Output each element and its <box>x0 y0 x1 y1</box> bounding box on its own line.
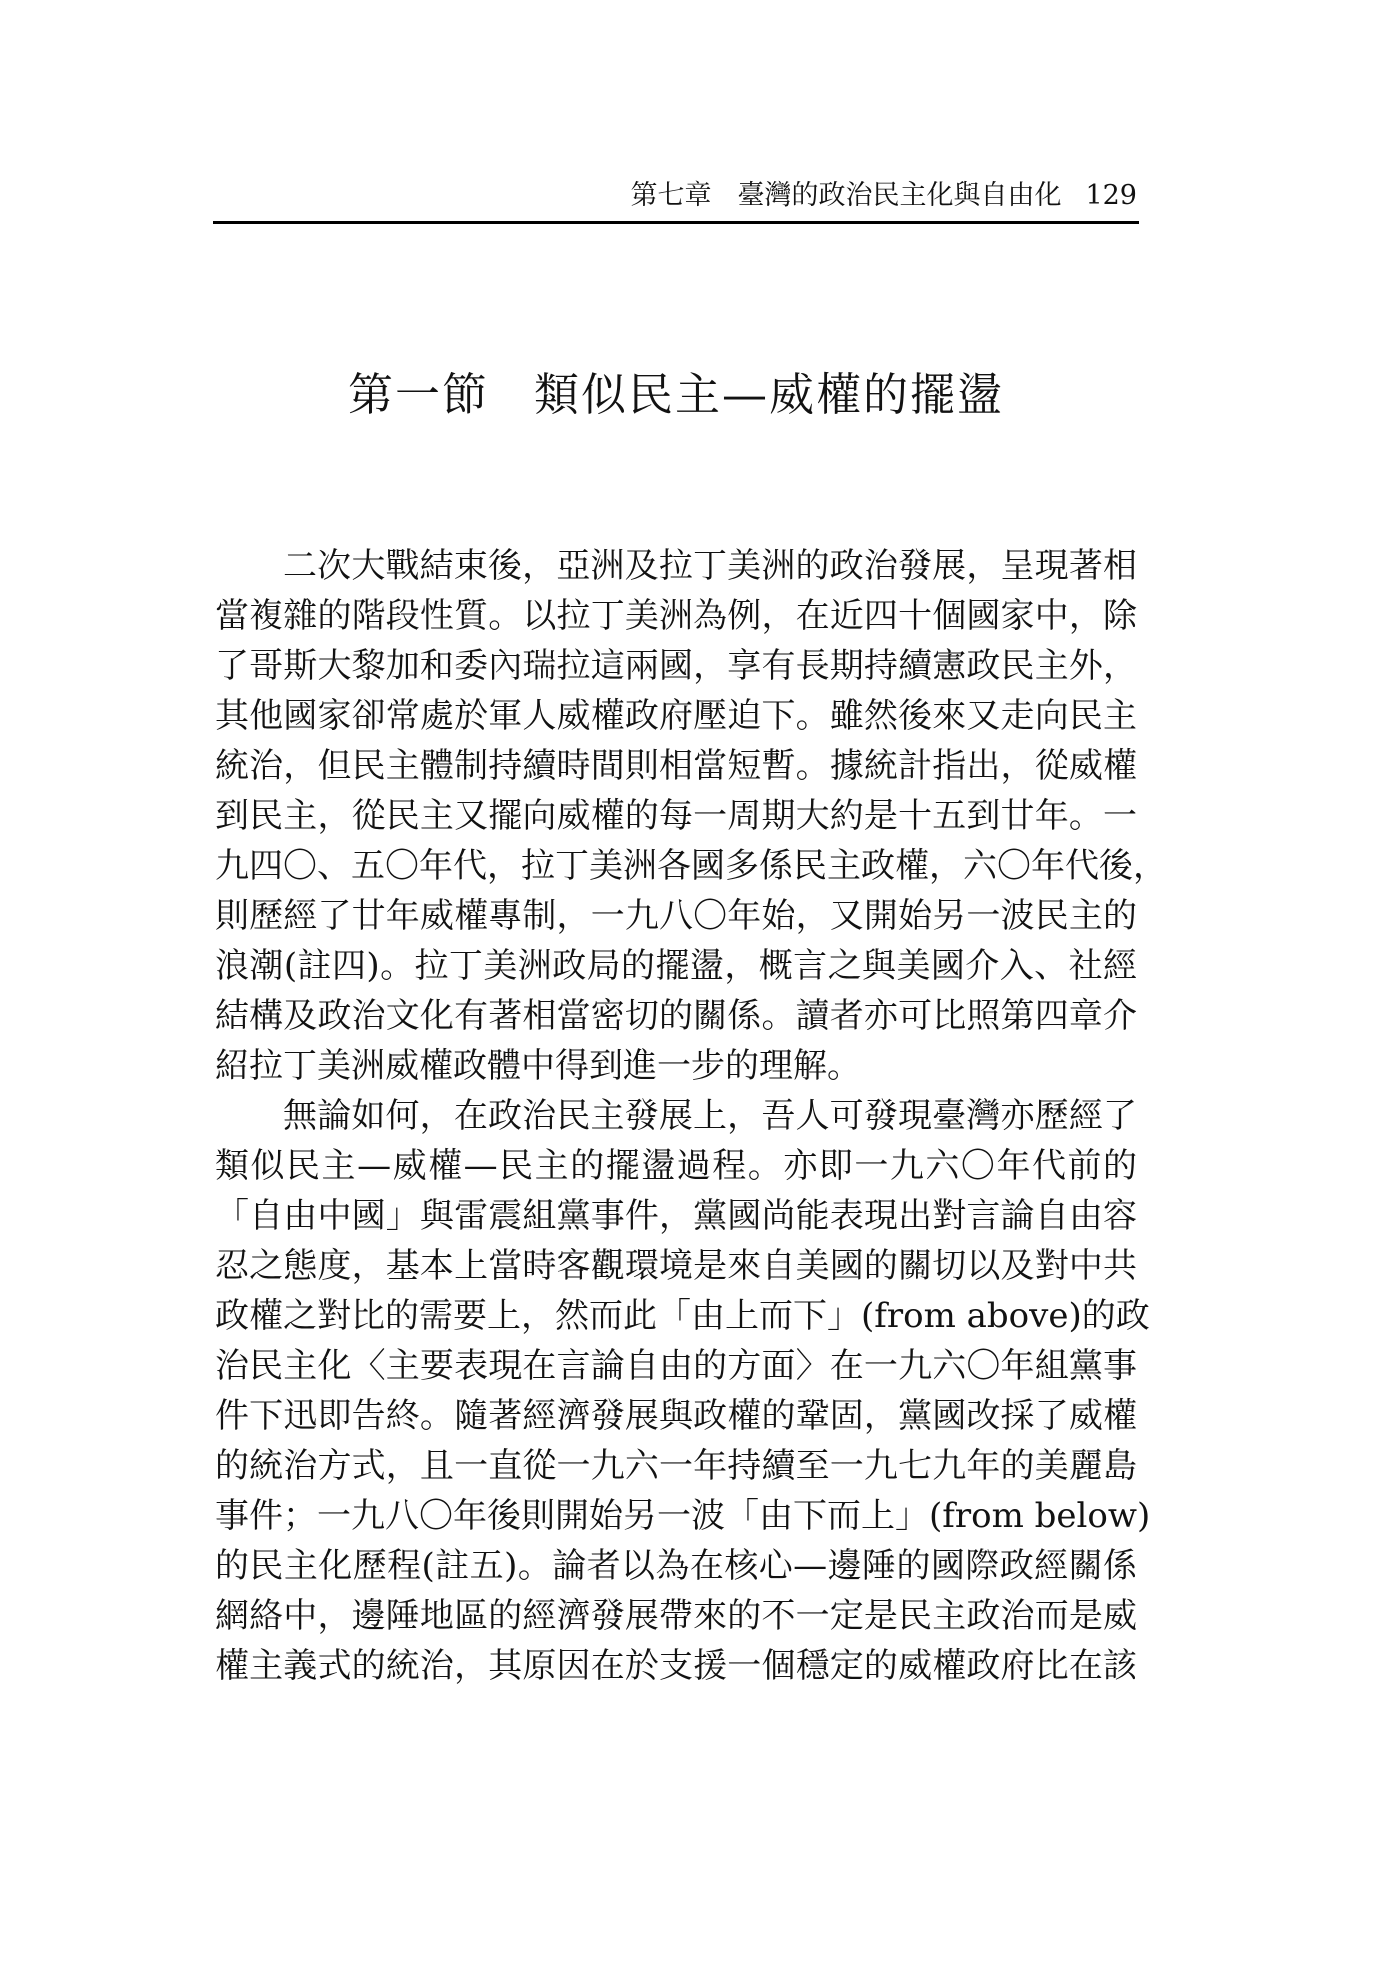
text-line: 當複雜的階段性質。以拉丁美洲為例，在近四十個國家中，除 <box>215 591 1137 641</box>
text-line: 其他國家卻常處於軍人威權政府壓迫下。雖然後來又走向民主 <box>215 691 1137 741</box>
section-number: 第一節 <box>348 368 489 421</box>
paragraph-2: 無論如何，在政治民主發展上，吾人可發現臺灣亦歷經了 類似民主—威權—民主的擺盪過… <box>215 1091 1137 1691</box>
chapter-title: 臺灣的政治民主化與自由化 <box>737 180 1061 211</box>
text-line: 九四〇、五〇年代，拉丁美洲各國多係民主政權，六〇年代後， <box>215 841 1137 891</box>
text-line: 統治，但民主體制持續時間則相當短暫。據統計指出，從威權 <box>215 741 1137 791</box>
running-head: 第七章臺灣的政治民主化與自由化129 <box>215 180 1137 212</box>
chapter-label: 第七章 <box>630 180 711 211</box>
text-line: 浪潮(註四)。拉丁美洲政局的擺盪，概言之與美國介入、社經 <box>215 941 1137 991</box>
text-line: 「自由中國」與雷震組黨事件，黨國尚能表現出對言論自由容 <box>215 1191 1137 1241</box>
text-line: 紹拉丁美洲威權政體中得到進一步的理解。 <box>215 1041 1137 1091</box>
page-number: 129 <box>1085 180 1137 211</box>
text-line: 到民主，從民主又擺向威權的每一周期大約是十五到廿年。一 <box>215 791 1137 841</box>
text-line: 二次大戰結束後，亞洲及拉丁美洲的政治發展，呈現著相 <box>215 541 1137 591</box>
section-title: 第一節類似民主—威權的擺盪 <box>215 370 1137 420</box>
body-text: 二次大戰結束後，亞洲及拉丁美洲的政治發展，呈現著相 當複雜的階段性質。以拉丁美洲… <box>215 541 1137 1691</box>
text-line: 權主義式的統治，其原因在於支援一個穩定的威權政府比在該 <box>215 1641 1137 1691</box>
text-line: 的民主化歷程(註五)。論者以為在核心—邊陲的國際政經關係 <box>215 1541 1137 1591</box>
text-line: 結構及政治文化有著相當密切的關係。讀者亦可比照第四章介 <box>215 991 1137 1041</box>
paragraph-1: 二次大戰結束後，亞洲及拉丁美洲的政治發展，呈現著相 當複雜的階段性質。以拉丁美洲… <box>215 541 1137 1091</box>
text-line: 忍之態度，基本上當時客觀環境是來自美國的關切以及對中共 <box>215 1241 1137 1291</box>
text-line: 事件；一九八〇年後則開始另一波「由下而上」(from below) <box>215 1491 1137 1541</box>
text-line: 的統治方式，且一直從一九六一年持續至一九七九年的美麗島 <box>215 1441 1137 1491</box>
text-line: 則歷經了廿年威權專制，一九八〇年始，又開始另一波民主的 <box>215 891 1137 941</box>
text-line: 無論如何，在政治民主發展上，吾人可發現臺灣亦歷經了 <box>215 1091 1137 1141</box>
book-page: 第七章臺灣的政治民主化與自由化129 第一節類似民主—威權的擺盪 二次大戰結束後… <box>0 0 1386 1969</box>
text-line: 治民主化〈主要表現在言論自由的方面〉在一九六〇年組黨事 <box>215 1341 1137 1391</box>
text-line: 網絡中，邊陲地區的經濟發展帶來的不一定是民主政治而是威 <box>215 1591 1137 1641</box>
section-title-text: 類似民主—威權的擺盪 <box>534 368 1004 421</box>
header-rule <box>213 221 1139 224</box>
text-line: 類似民主—威權—民主的擺盪過程。亦即一九六〇年代前的 <box>215 1141 1137 1191</box>
text-line: 了哥斯大黎加和委內瑞拉這兩國，享有長期持續憲政民主外， <box>215 641 1137 691</box>
text-line: 政權之對比的需要上，然而此「由上而下」(from above)的政 <box>215 1291 1137 1341</box>
text-line: 件下迅即告終。隨著經濟發展與政權的鞏固，黨國改採了威權 <box>215 1391 1137 1441</box>
